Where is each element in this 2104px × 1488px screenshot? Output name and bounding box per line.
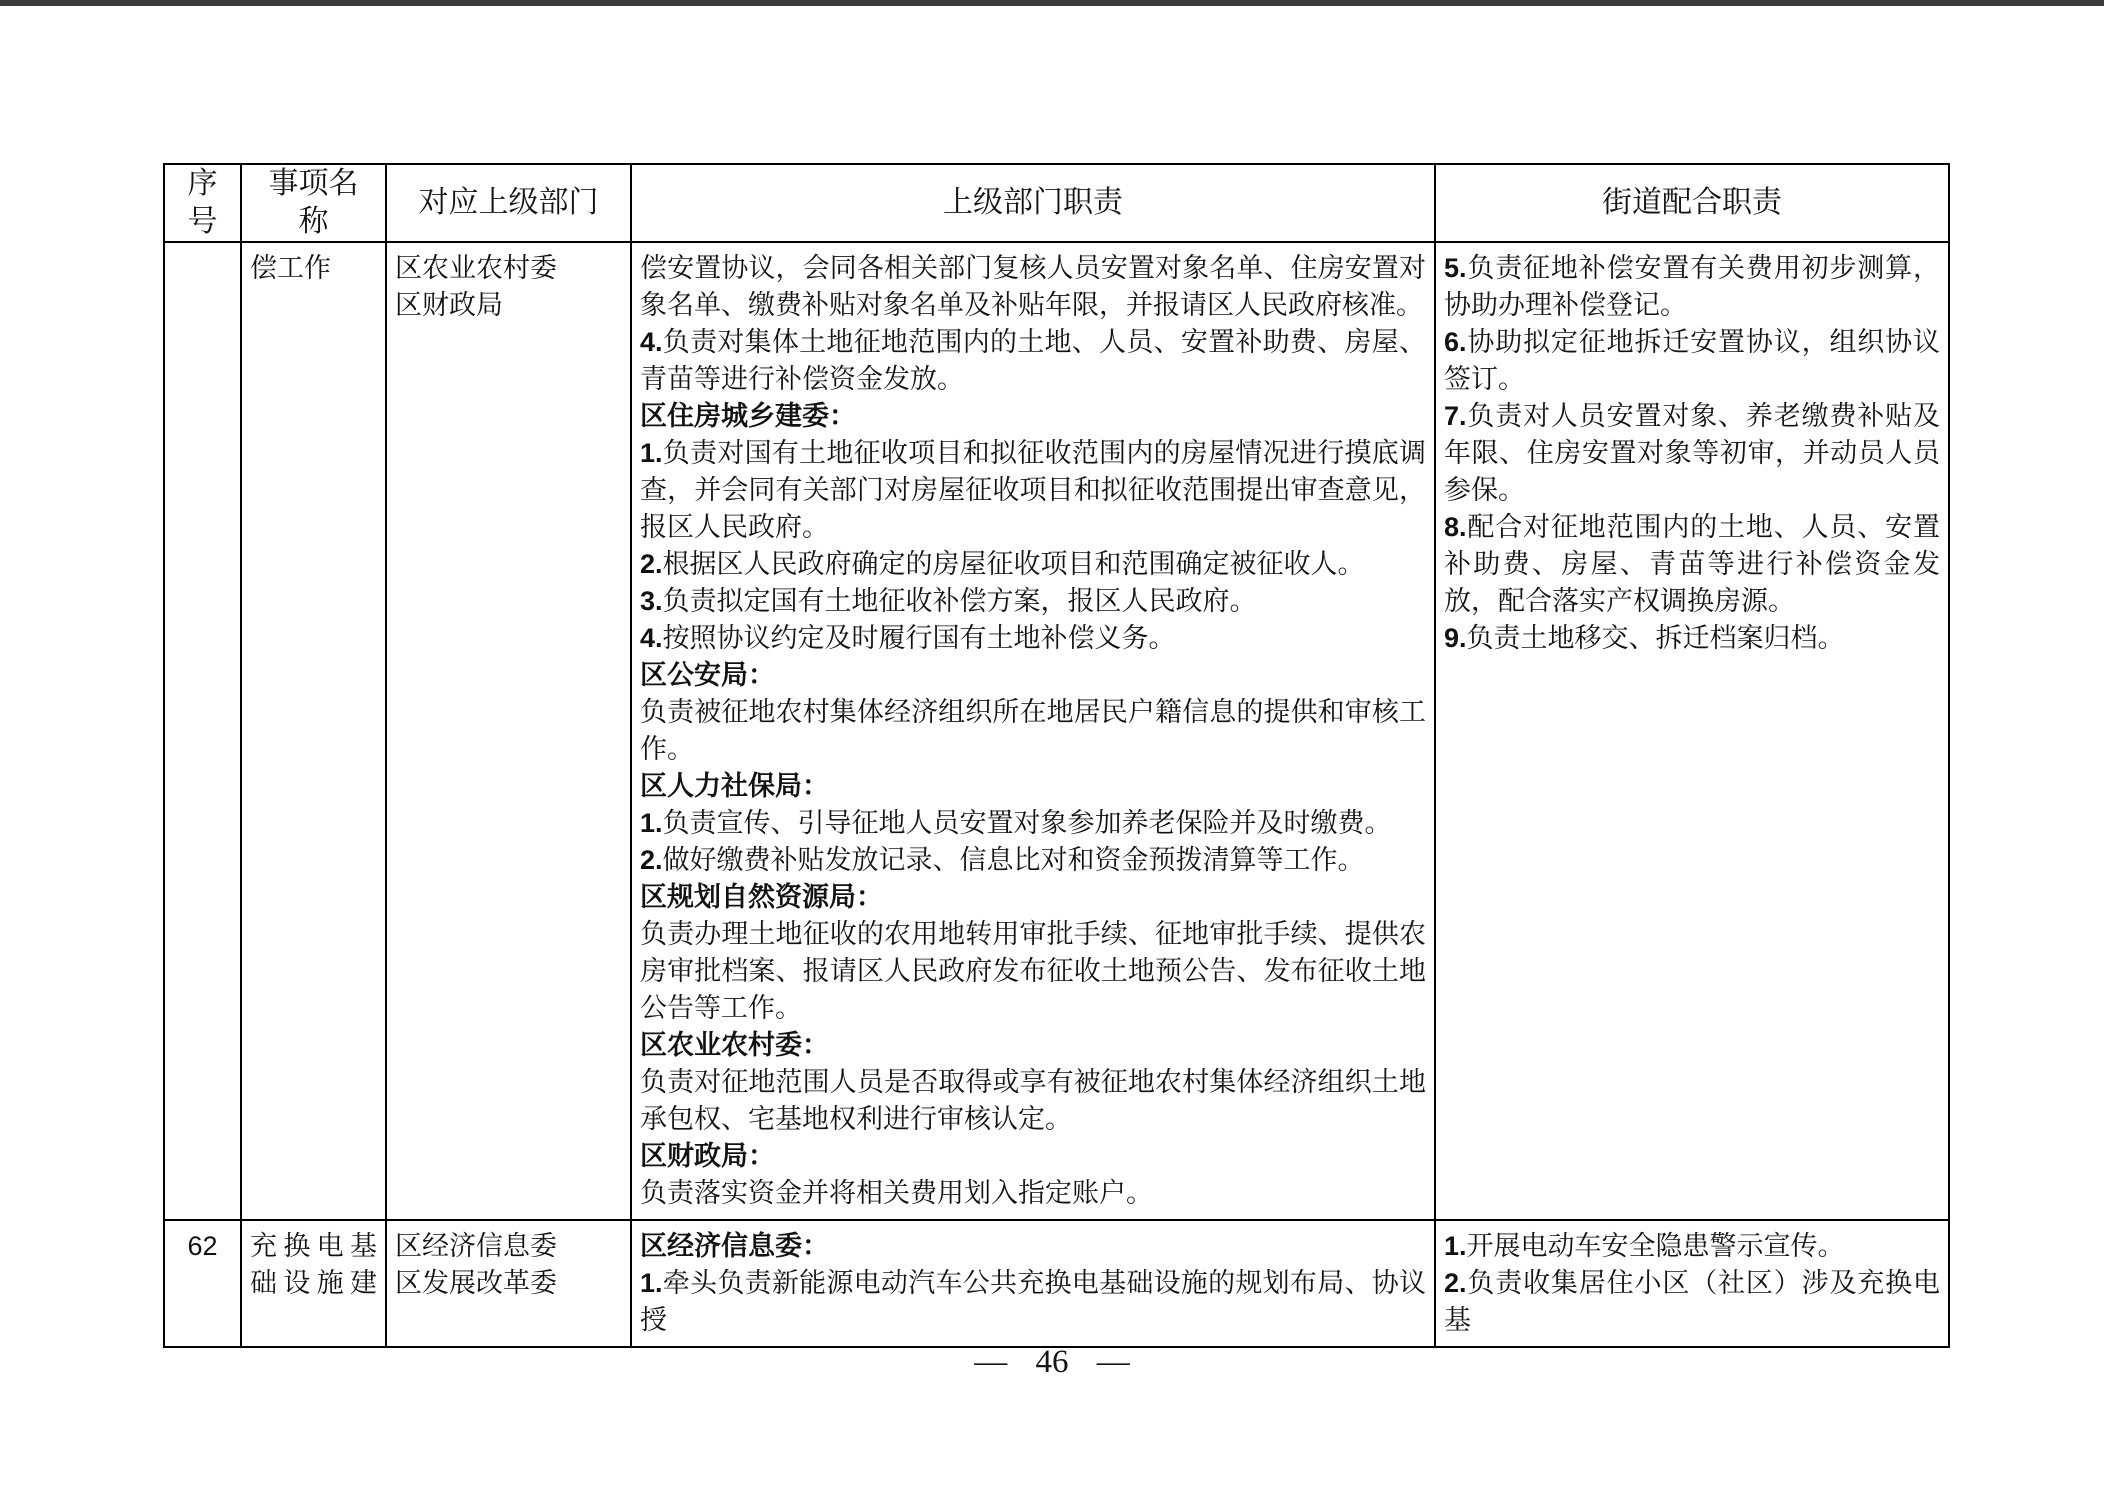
superior-duties-cell: 偿安置协议，会同各相关部门复核人员安置对象名单、住房安置对象名单、缴费补贴对象名… [631, 242, 1435, 1220]
item-number: 2. [640, 549, 663, 579]
street-duties-cell: 5.负责征地补偿安置有关费用初步测算，协助办理补偿登记。6.协助拟定征地拆迁安置… [1435, 242, 1949, 1220]
duty-paragraph: 6.协助拟定征地拆迁安置协议，组织协议签订。 [1444, 324, 1940, 398]
duty-paragraph: 1.开展电动车安全隐患警示宣传。 [1444, 1228, 1940, 1265]
page-number: — 46 — [0, 1344, 2104, 1381]
column-header: 上级部门职责 [631, 164, 1435, 242]
section-heading: 区财政局： [640, 1138, 1426, 1175]
duty-paragraph: 4.按照协议约定及时履行国有土地补偿义务。 [640, 620, 1426, 657]
table-row: 62充换电基础设施建区经济信息委区发展改革委区经济信息委：1.牵头负责新能源电动… [164, 1220, 1949, 1347]
duty-paragraph: 负责对征地范围人员是否取得或享有被征地农村集体经济组织土地承包权、宅基地权利进行… [640, 1064, 1426, 1138]
departments-cell: 区经济信息委区发展改革委 [386, 1220, 631, 1347]
duty-paragraph: 2.做好缴费补贴发放记录、信息比对和资金预拨清算等工作。 [640, 842, 1426, 879]
section-heading: 区人力社保局： [640, 768, 1426, 805]
item-number: 2. [640, 845, 663, 875]
superior-duties-cell: 区经济信息委：1.牵头负责新能源电动汽车公共充换电基础设施的规划布局、协议授 [631, 1220, 1435, 1347]
item-number: 3. [640, 586, 663, 616]
item-number: 1. [640, 438, 663, 468]
duty-paragraph: 7.负责对人员安置对象、养老缴费补贴及年限、住房安置对象等初审，并动员人员参保。 [1444, 398, 1940, 509]
duty-paragraph: 3.负责拟定国有土地征收补偿方案，报区人民政府。 [640, 583, 1426, 620]
item-number: 4. [640, 623, 663, 653]
section-heading: 区经济信息委： [640, 1228, 1426, 1265]
duty-paragraph: 偿安置协议，会同各相关部门复核人员安置对象名单、住房安置对象名单、缴费补贴对象名… [640, 250, 1426, 324]
serial-number-cell: 62 [164, 1220, 241, 1347]
item-number: 1. [640, 1268, 663, 1298]
item-number: 1. [640, 808, 663, 838]
duty-paragraph: 4.负责对集体土地征地范围内的土地、人员、安置补助费、房屋、青苗等进行补偿资金发… [640, 324, 1426, 398]
section-heading: 区住房城乡建委： [640, 398, 1426, 435]
section-heading: 区公安局： [640, 657, 1426, 694]
item-name-cell: 偿工作 [241, 242, 386, 1220]
duty-paragraph: 负责办理土地征收的农用地转用审批手续、征地审批手续、提供农房审批档案、报请区人民… [640, 916, 1426, 1027]
column-header: 对应上级部门 [386, 164, 631, 242]
section-heading: 区农业农村委： [640, 1027, 1426, 1064]
department-name: 区发展改革委 [395, 1265, 622, 1302]
duty-paragraph: 2.负责收集居住小区（社区）涉及充换电基 [1444, 1265, 1940, 1339]
duty-paragraph: 5.负责征地补偿安置有关费用初步测算，协助办理补偿登记。 [1444, 250, 1940, 324]
department-name: 区农业农村委 [395, 250, 622, 287]
serial-number-cell [164, 242, 241, 1220]
item-number: 2. [1444, 1268, 1467, 1298]
section-heading: 区规划自然资源局： [640, 879, 1426, 916]
item-number: 6. [1444, 327, 1467, 357]
table-body: 偿工作区农业农村委区财政局偿安置协议，会同各相关部门复核人员安置对象名单、住房安… [164, 242, 1949, 1347]
duty-paragraph: 1.负责对国有土地征收项目和拟征收范围内的房屋情况进行摸底调查，并会同有关部门对… [640, 435, 1426, 546]
item-number: 9. [1444, 623, 1467, 653]
table-row: 偿工作区农业农村委区财政局偿安置协议，会同各相关部门复核人员安置对象名单、住房安… [164, 242, 1949, 1220]
item-number: 1. [1444, 1231, 1467, 1261]
duty-paragraph: 9.负责土地移交、拆迁档案归档。 [1444, 620, 1940, 657]
page: { "page": { "footer_page_label": "— 46 —… [0, 0, 2104, 1488]
table-header-row: 序号事项名称对应上级部门上级部门职责街道配合职责 [164, 164, 1949, 242]
department-name: 区经济信息委 [395, 1228, 622, 1265]
duty-paragraph: 2.根据区人民政府确定的房屋征收项目和范围确定被征收人。 [640, 546, 1426, 583]
column-header: 街道配合职责 [1435, 164, 1949, 242]
item-name-cell: 充换电基础设施建 [241, 1220, 386, 1347]
street-duties-cell: 1.开展电动车安全隐患警示宣传。2.负责收集居住小区（社区）涉及充换电基 [1435, 1220, 1949, 1347]
item-number: 8. [1444, 512, 1467, 542]
duties-table: 序号事项名称对应上级部门上级部门职责街道配合职责 偿工作区农业农村委区财政局偿安… [163, 163, 1950, 1348]
column-header: 序号 [164, 164, 241, 242]
item-number: 4. [640, 327, 663, 357]
item-number: 7. [1444, 401, 1467, 431]
duty-paragraph: 1.牵头负责新能源电动汽车公共充换电基础设施的规划布局、协议授 [640, 1265, 1426, 1339]
department-name: 区财政局 [395, 287, 622, 324]
column-header: 事项名称 [241, 164, 386, 242]
departments-cell: 区农业农村委区财政局 [386, 242, 631, 1220]
duty-paragraph: 1.负责宣传、引导征地人员安置对象参加养老保险并及时缴费。 [640, 805, 1426, 842]
duty-paragraph: 负责被征地农村集体经济组织所在地居民户籍信息的提供和审核工作。 [640, 694, 1426, 768]
top-bar [0, 0, 2104, 6]
duty-paragraph: 8.配合对征地范围内的土地、人员、安置补助费、房屋、青苗等进行补偿资金发放，配合… [1444, 509, 1940, 620]
item-number: 5. [1444, 253, 1467, 283]
duty-paragraph: 负责落实资金并将相关费用划入指定账户。 [640, 1175, 1426, 1212]
